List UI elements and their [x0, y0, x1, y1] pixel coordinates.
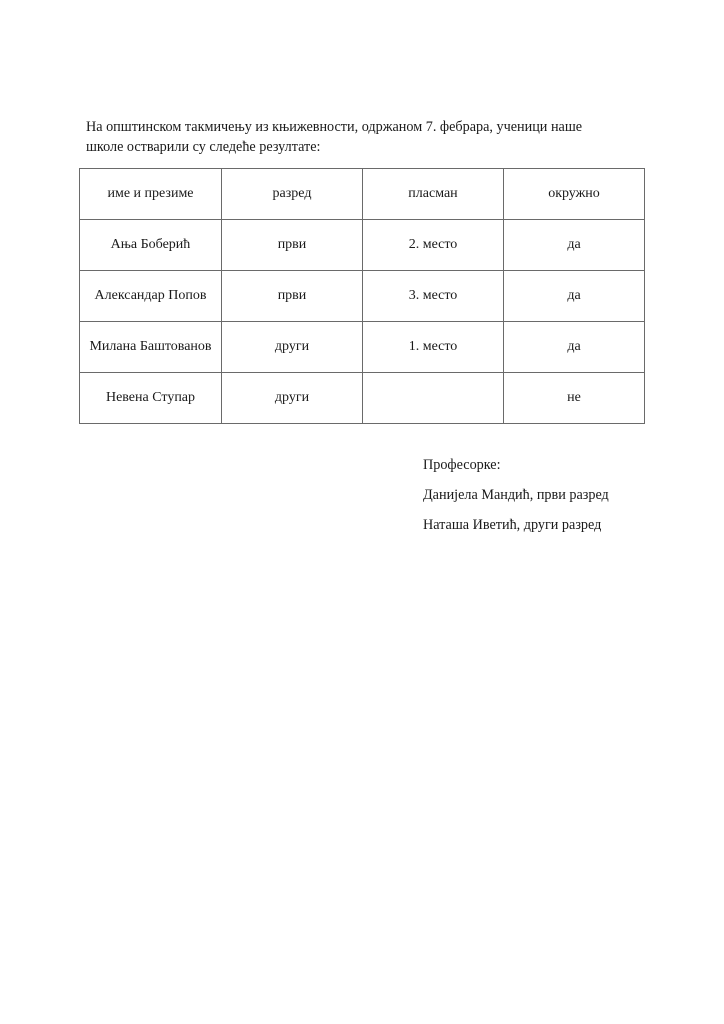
cell-district: да	[504, 220, 645, 271]
cell-name: Невена Ступар	[80, 373, 222, 424]
signature-block: Професорке: Данијела Мандић, први разред…	[423, 456, 609, 546]
cell-grade: први	[222, 271, 363, 322]
cell-placement: 2. место	[363, 220, 504, 271]
cell-grade: други	[222, 322, 363, 373]
signature-title: Професорке:	[423, 456, 609, 486]
teacher-2: Наташа Иветић, други разред	[423, 516, 609, 546]
cell-grade: други	[222, 373, 363, 424]
table-row: Невена Ступар други не	[80, 373, 645, 424]
cell-district: да	[504, 271, 645, 322]
cell-placement	[363, 373, 504, 424]
header-district: окружно	[504, 169, 645, 220]
cell-district: да	[504, 322, 645, 373]
teacher-1: Данијела Мандић, први разред	[423, 486, 609, 516]
header-name: име и презиме	[80, 169, 222, 220]
cell-name: Милана Баштованов	[80, 322, 222, 373]
cell-name: Ања Боберић	[80, 220, 222, 271]
intro-line-1: На општинском такмичењу из књижевности, …	[86, 117, 626, 137]
table-row: Александар Попов први 3. место да	[80, 271, 645, 322]
intro-paragraph: На општинском такмичењу из књижевности, …	[86, 117, 626, 157]
table-header-row: име и презиме разред пласман окружно	[80, 169, 645, 220]
results-table: име и презиме разред пласман окружно Ања…	[79, 168, 645, 424]
table-row: Ања Боберић први 2. место да	[80, 220, 645, 271]
header-placement: пласман	[363, 169, 504, 220]
cell-placement: 1. место	[363, 322, 504, 373]
cell-placement: 3. место	[363, 271, 504, 322]
header-grade: разред	[222, 169, 363, 220]
table-row: Милана Баштованов други 1. место да	[80, 322, 645, 373]
cell-district: не	[504, 373, 645, 424]
cell-grade: први	[222, 220, 363, 271]
cell-name: Александар Попов	[80, 271, 222, 322]
intro-line-2: школе остварили су следеће резултате:	[86, 137, 626, 157]
